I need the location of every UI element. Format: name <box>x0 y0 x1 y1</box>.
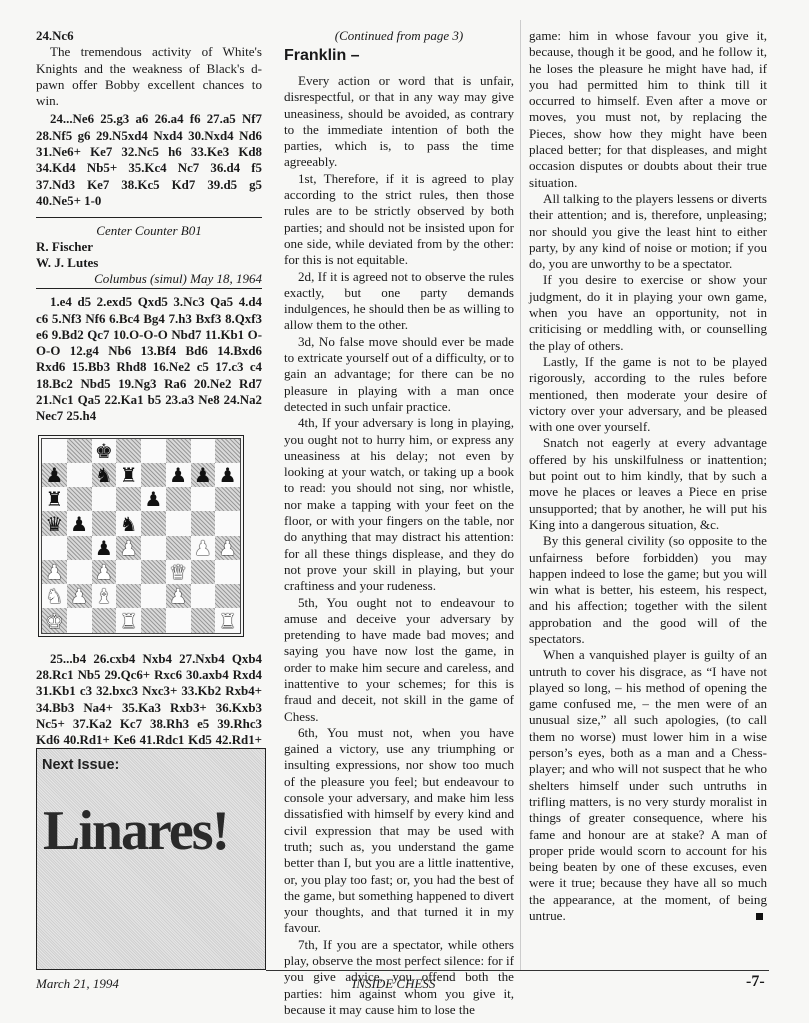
board-square: ♜ <box>215 608 240 632</box>
chess-board: ♚♟♞♜♟♟♟♜♟♛♟♞♟♟♟♟♟♟♛♞♟♝♟♚♜♜ <box>41 438 241 634</box>
article-body-middle: Every action or word that is unfair, dis… <box>284 73 514 1018</box>
black-pawn-icon: ♟ <box>169 465 187 485</box>
board-square <box>116 560 141 584</box>
board-square <box>166 511 191 535</box>
board-square <box>92 608 117 632</box>
white-pawn-icon: ♟ <box>194 538 212 558</box>
board-square <box>141 584 166 608</box>
end-mark-icon <box>756 913 763 920</box>
column-divider <box>520 20 521 970</box>
board-square <box>215 511 240 535</box>
header-rule <box>36 288 262 289</box>
board-square <box>67 487 92 511</box>
board-square <box>166 536 191 560</box>
black-rook-icon: ♜ <box>120 465 138 485</box>
article-column-right: game: him in whose favour you give it, b… <box>529 28 767 924</box>
board-square <box>141 439 166 463</box>
board-square <box>141 560 166 584</box>
board-square <box>67 608 92 632</box>
black-rook-icon: ♜ <box>45 489 63 509</box>
white-pawn-icon: ♟ <box>169 586 187 606</box>
black-pawn-icon: ♟ <box>70 514 88 534</box>
board-square: ♟ <box>67 584 92 608</box>
black-knight-icon: ♞ <box>95 465 113 485</box>
board-square <box>191 511 216 535</box>
board-square: ♜ <box>116 608 141 632</box>
black-pawn-icon: ♟ <box>144 489 162 509</box>
board-square: ♟ <box>92 536 117 560</box>
article-paragraph: Snatch not eagerly at every advantage of… <box>529 435 767 533</box>
board-square <box>92 511 117 535</box>
white-pawn-icon: ♟ <box>120 538 138 558</box>
article-body-right: game: him in whose favour you give it, b… <box>529 28 767 924</box>
section-rule <box>36 217 262 218</box>
white-pawn-icon: ♟ <box>219 538 237 558</box>
article-column-middle: (Continued from page 3) Franklin – Every… <box>284 28 514 1018</box>
white-bishop-icon: ♝ <box>95 586 113 606</box>
board-square: ♛ <box>42 511 67 535</box>
next-issue-label: Next Issue: <box>42 757 119 773</box>
opening-name: Center Counter B01 <box>36 223 262 239</box>
board-square <box>67 560 92 584</box>
board-square <box>141 463 166 487</box>
board-square <box>215 584 240 608</box>
board-square: ♟ <box>166 584 191 608</box>
black-king-icon: ♚ <box>95 441 113 461</box>
article-paragraph: When a vanquished player is guilty of an… <box>529 647 767 924</box>
black-pawn-icon: ♟ <box>95 538 113 558</box>
board-square <box>141 608 166 632</box>
board-square <box>191 439 216 463</box>
article-paragraph: 5th, You ought not to endeavour to amuse… <box>284 595 514 725</box>
board-square <box>166 487 191 511</box>
board-square: ♟ <box>215 536 240 560</box>
black-pawn-icon: ♟ <box>194 465 212 485</box>
board-square: ♟ <box>92 560 117 584</box>
article-paragraph: 6th, You must not, when you have gained … <box>284 725 514 937</box>
board-square: ♝ <box>92 584 117 608</box>
board-square: ♜ <box>116 463 141 487</box>
page-number: -7- <box>746 973 765 991</box>
article-paragraph: By this general civility (so opposite to… <box>529 533 767 647</box>
article-paragraph: If you desire to exercise or show your j… <box>529 272 767 353</box>
intro-move: 24.Nc6 <box>36 28 262 44</box>
article-paragraph: 3d, No false move should ever be made to… <box>284 334 514 415</box>
game2-header: Center Counter B01 R. Fischer W. J. Lute… <box>36 223 262 287</box>
white-pawn-icon: ♟ <box>70 586 88 606</box>
board-square: ♟ <box>67 511 92 535</box>
game2-moves: 1.e4 d5 2.exd5 Qxd5 3.Nc3 Qa5 4.d4 c6 5.… <box>36 294 262 424</box>
white-rook-icon: ♜ <box>219 611 237 631</box>
white-pawn-icon: ♟ <box>45 562 63 582</box>
article-paragraph: 1st, Therefore, if it is agreed to play … <box>284 171 514 269</box>
board-square: ♟ <box>116 536 141 560</box>
board-square <box>215 560 240 584</box>
game1-moves: 24...Ne6 25.g3 a6 26.a4 f6 27.a5 Nf7 28.… <box>36 111 262 209</box>
board-square <box>116 584 141 608</box>
board-square: ♟ <box>191 536 216 560</box>
black-pawn-icon: ♟ <box>219 465 237 485</box>
board-square <box>67 536 92 560</box>
board-square <box>42 439 67 463</box>
board-square: ♟ <box>215 463 240 487</box>
white-player: R. Fischer <box>36 239 262 255</box>
article-paragraph: 2d, If it is agreed not to observe the r… <box>284 269 514 334</box>
board-square: ♟ <box>191 463 216 487</box>
article-paragraph: All talking to the players lessens or di… <box>529 191 767 272</box>
continued-note: (Continued from page 3) <box>284 28 514 44</box>
black-pawn-icon: ♟ <box>45 465 63 485</box>
continued-moves-text: 25...b4 26.cxb4 Nxb4 27.Nxb4 Qxb4 28.Rc1… <box>36 652 262 764</box>
next-issue-headline: Linares! <box>43 799 228 863</box>
board-square: ♟ <box>42 463 67 487</box>
board-square <box>166 608 191 632</box>
board-square: ♞ <box>42 584 67 608</box>
board-square <box>191 584 216 608</box>
board-square <box>215 487 240 511</box>
article-title: Franklin – <box>284 47 514 65</box>
footer-publication: INSIDE CHESS <box>352 976 435 992</box>
board-square <box>141 536 166 560</box>
board-square <box>92 487 117 511</box>
event-info: Columbus (simul) May 18, 1964 <box>36 271 262 287</box>
board-square <box>116 487 141 511</box>
board-square <box>116 439 141 463</box>
board-square: ♜ <box>42 487 67 511</box>
board-square: ♞ <box>92 463 117 487</box>
footer-date: March 21, 1994 <box>36 976 119 992</box>
next-issue-box: Next Issue: Linares! <box>36 748 266 970</box>
board-square: ♛ <box>166 560 191 584</box>
black-queen-icon: ♛ <box>45 514 63 534</box>
white-king-icon: ♚ <box>45 611 63 631</box>
white-pawn-icon: ♟ <box>95 562 113 582</box>
board-square: ♚ <box>42 608 67 632</box>
article-paragraph: Lastly, If the game is not to be played … <box>529 354 767 435</box>
board-square <box>191 608 216 632</box>
game1-comment: The tremendous activity of White's Knigh… <box>36 44 262 109</box>
left-column: 24.Nc6 The tremendous activity of White'… <box>36 28 262 765</box>
comment-text: The tremendous activity of White's Knigh… <box>36 44 262 109</box>
black-knight-icon: ♞ <box>120 514 138 534</box>
board-square: ♞ <box>116 511 141 535</box>
board-square <box>67 439 92 463</box>
board-square <box>191 487 216 511</box>
board-square <box>166 439 191 463</box>
board-square <box>141 511 166 535</box>
board-square <box>67 463 92 487</box>
chess-diagram: ♚♟♞♜♟♟♟♜♟♛♟♞♟♟♟♟♟♟♛♞♟♝♟♚♜♜ <box>38 435 244 637</box>
black-player: W. J. Lutes <box>36 255 262 271</box>
footer-rule <box>266 970 769 971</box>
article-paragraph: Every action or word that is unfair, dis… <box>284 73 514 171</box>
board-square: ♟ <box>141 487 166 511</box>
board-square: ♚ <box>92 439 117 463</box>
white-knight-icon: ♞ <box>45 586 63 606</box>
article-paragraph: game: him in whose favour you give it, b… <box>529 28 767 191</box>
board-square: ♟ <box>42 560 67 584</box>
board-square: ♟ <box>166 463 191 487</box>
board-square <box>42 536 67 560</box>
board-square <box>215 439 240 463</box>
board-square <box>191 560 216 584</box>
article-paragraph: 4th, If your adversary is long in playin… <box>284 415 514 594</box>
white-rook-icon: ♜ <box>120 611 138 631</box>
white-queen-icon: ♛ <box>169 562 187 582</box>
